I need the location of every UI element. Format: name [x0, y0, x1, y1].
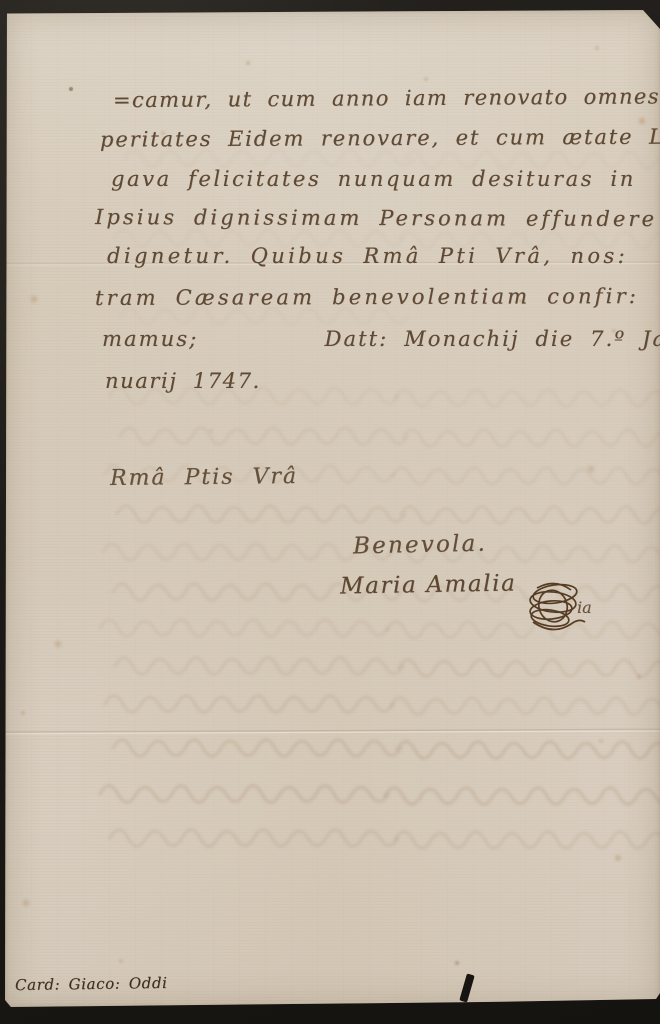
fold-crease-middle — [5, 729, 660, 735]
body-line-4: Ipsius dignissimam Personam effundere — [95, 205, 657, 231]
paper-texture — [5, 10, 660, 1007]
signature-name: Maria Amalia — [340, 570, 517, 599]
edge-shading — [5, 10, 660, 1007]
body-line-6: tram Cæsaream benevolentiam confir: — [95, 284, 639, 310]
body-line-5: dignetur. Quibus Rmâ Pti Vrâ, nos: — [107, 244, 628, 268]
photo-backing: =camur, ut cum anno iam renovato omnes p… — [0, 0, 660, 1024]
signature-flourish-tail: ia — [577, 598, 592, 617]
body-line-2: peritates Eidem renovare, et cum ætate L… — [100, 124, 660, 151]
docket-note: Card: Giaco: Oddi — [15, 974, 168, 994]
showthrough-writing — [5, 10, 660, 1007]
body-line-8-year: nuarij 1747. — [105, 369, 261, 393]
letter-page: =camur, ut cum anno iam renovato omnes p… — [5, 10, 660, 1007]
salutation-line: Rmâ Ptis Vrâ — [110, 464, 298, 491]
body-line-1: =camur, ut cum anno iam renovato omnes p… — [113, 84, 660, 112]
foxing-spots — [5, 10, 7, 12]
closing-line: Benevola. — [353, 531, 487, 560]
body-line-7-dateline: mamus; Datt: Monachij die 7.º Ja: — [102, 327, 660, 351]
body-line-3: gava felicitates nunquam desituras in — [111, 167, 636, 191]
